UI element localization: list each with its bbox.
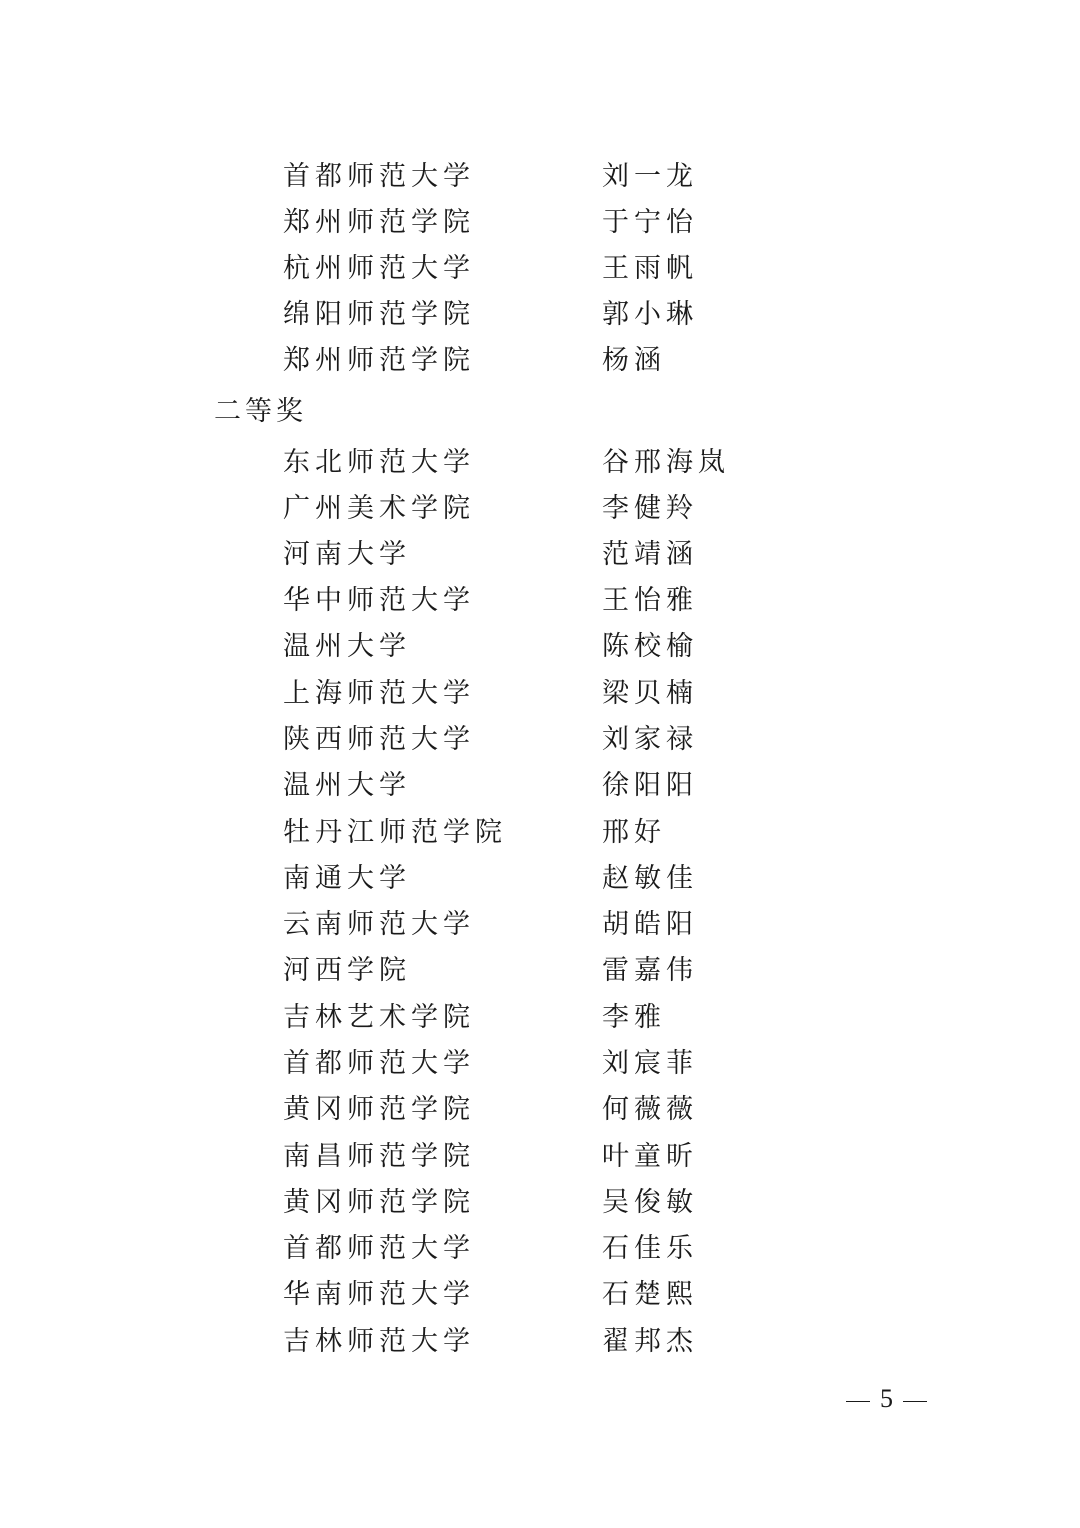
institution: 河南大学	[283, 532, 411, 578]
award-row: 吉林艺术学院 李雅	[0, 995, 1080, 1041]
award-row: 杭州师范大学 王雨帆	[0, 246, 1080, 292]
award-row: 陕西师范大学 刘家禄	[0, 717, 1080, 763]
award-row: 云南师范大学 胡皓阳	[0, 902, 1080, 948]
winner-name: 翟邦杰	[602, 1319, 698, 1365]
institution: 首都师范大学	[283, 154, 475, 200]
winner-name: 于宁怡	[602, 200, 698, 246]
institution: 吉林师范大学	[283, 1319, 475, 1365]
award-row: 郑州师范学院 于宁怡	[0, 200, 1080, 246]
page-number-footer: 5	[836, 1382, 937, 1416]
winner-name: 吴俊敏	[602, 1180, 698, 1226]
award-row: 华中师范大学 王怡雅	[0, 578, 1080, 624]
institution: 绵阳师范学院	[283, 292, 475, 338]
winner-name: 陈校榆	[602, 624, 698, 670]
award-row: 牡丹江师范学院 邢好	[0, 810, 1080, 856]
winner-name: 王怡雅	[602, 578, 698, 624]
institution: 温州大学	[283, 624, 411, 670]
award-row: 广州美术学院 李健羚	[0, 486, 1080, 532]
award-row: 上海师范大学 梁贝楠	[0, 671, 1080, 717]
institution: 南昌师范学院	[283, 1134, 475, 1180]
institution: 首都师范大学	[283, 1226, 475, 1272]
institution: 吉林艺术学院	[283, 995, 475, 1041]
winner-name: 雷嘉伟	[602, 948, 698, 994]
winner-name: 徐阳阳	[602, 763, 698, 809]
award-row: 河西学院 雷嘉伟	[0, 948, 1080, 994]
institution: 陕西师范大学	[283, 717, 475, 763]
institution: 南通大学	[283, 856, 411, 902]
award-row: 绵阳师范学院 郭小琳	[0, 292, 1080, 338]
award-row: 黄冈师范学院 何薇薇	[0, 1087, 1080, 1133]
award-row: 吉林师范大学 翟邦杰	[0, 1319, 1080, 1365]
institution: 杭州师范大学	[283, 246, 475, 292]
award-row: 黄冈师范学院 吴俊敏	[0, 1180, 1080, 1226]
winner-name: 郭小琳	[602, 292, 698, 338]
winner-name: 叶童昕	[602, 1134, 698, 1180]
winner-name: 何薇薇	[602, 1087, 698, 1133]
award-row: 南通大学 赵敏佳	[0, 856, 1080, 902]
winner-name: 李健羚	[602, 486, 698, 532]
institution: 温州大学	[283, 763, 411, 809]
institution: 郑州师范学院	[283, 200, 475, 246]
winner-name: 刘宸菲	[602, 1041, 698, 1087]
institution: 黄冈师范学院	[283, 1087, 475, 1133]
award-row: 首都师范大学 刘宸菲	[0, 1041, 1080, 1087]
award-row: 温州大学 陈校榆	[0, 624, 1080, 670]
award-row: 东北师范大学 谷邢海岚	[0, 440, 1080, 486]
institution: 牡丹江师范学院	[283, 810, 507, 856]
award-row: 华南师范大学 石楚熙	[0, 1272, 1080, 1318]
institution: 郑州师范学院	[283, 338, 475, 384]
section-heading-second-prize: 二等奖	[214, 389, 307, 435]
winner-name: 邢好	[602, 810, 666, 856]
winner-name: 刘家禄	[602, 717, 698, 763]
institution: 上海师范大学	[283, 671, 475, 717]
winner-name: 王雨帆	[602, 246, 698, 292]
page-number: 5	[880, 1384, 893, 1413]
award-row: 郑州师范学院 杨涵	[0, 338, 1080, 384]
institution: 东北师范大学	[283, 440, 475, 486]
winner-name: 谷邢海岚	[602, 440, 730, 486]
winner-name: 梁贝楠	[602, 671, 698, 717]
winner-name: 胡皓阳	[602, 902, 698, 948]
winner-name: 杨涵	[602, 338, 666, 384]
award-row: 南昌师范学院 叶童昕	[0, 1134, 1080, 1180]
winner-name: 石佳乐	[602, 1226, 698, 1272]
award-row: 首都师范大学 刘一龙	[0, 154, 1080, 200]
institution: 广州美术学院	[283, 486, 475, 532]
award-row: 首都师范大学 石佳乐	[0, 1226, 1080, 1272]
institution: 河西学院	[283, 948, 411, 994]
document-page: 首都师范大学 刘一龙 郑州师范学院 于宁怡 杭州师范大学 王雨帆 绵阳师范学院 …	[0, 0, 1080, 1528]
institution: 云南师范大学	[283, 902, 475, 948]
dash-left	[846, 1401, 870, 1402]
winner-name: 赵敏佳	[602, 856, 698, 902]
institution: 华南师范大学	[283, 1272, 475, 1318]
institution: 华中师范大学	[283, 578, 475, 624]
institution: 首都师范大学	[283, 1041, 475, 1087]
winner-name: 范靖涵	[602, 532, 698, 578]
institution: 黄冈师范学院	[283, 1180, 475, 1226]
award-row: 河南大学 范靖涵	[0, 532, 1080, 578]
winner-name: 石楚熙	[602, 1272, 698, 1318]
winner-name: 李雅	[602, 995, 666, 1041]
award-row: 温州大学 徐阳阳	[0, 763, 1080, 809]
dash-right	[903, 1401, 927, 1402]
winner-name: 刘一龙	[602, 154, 698, 200]
